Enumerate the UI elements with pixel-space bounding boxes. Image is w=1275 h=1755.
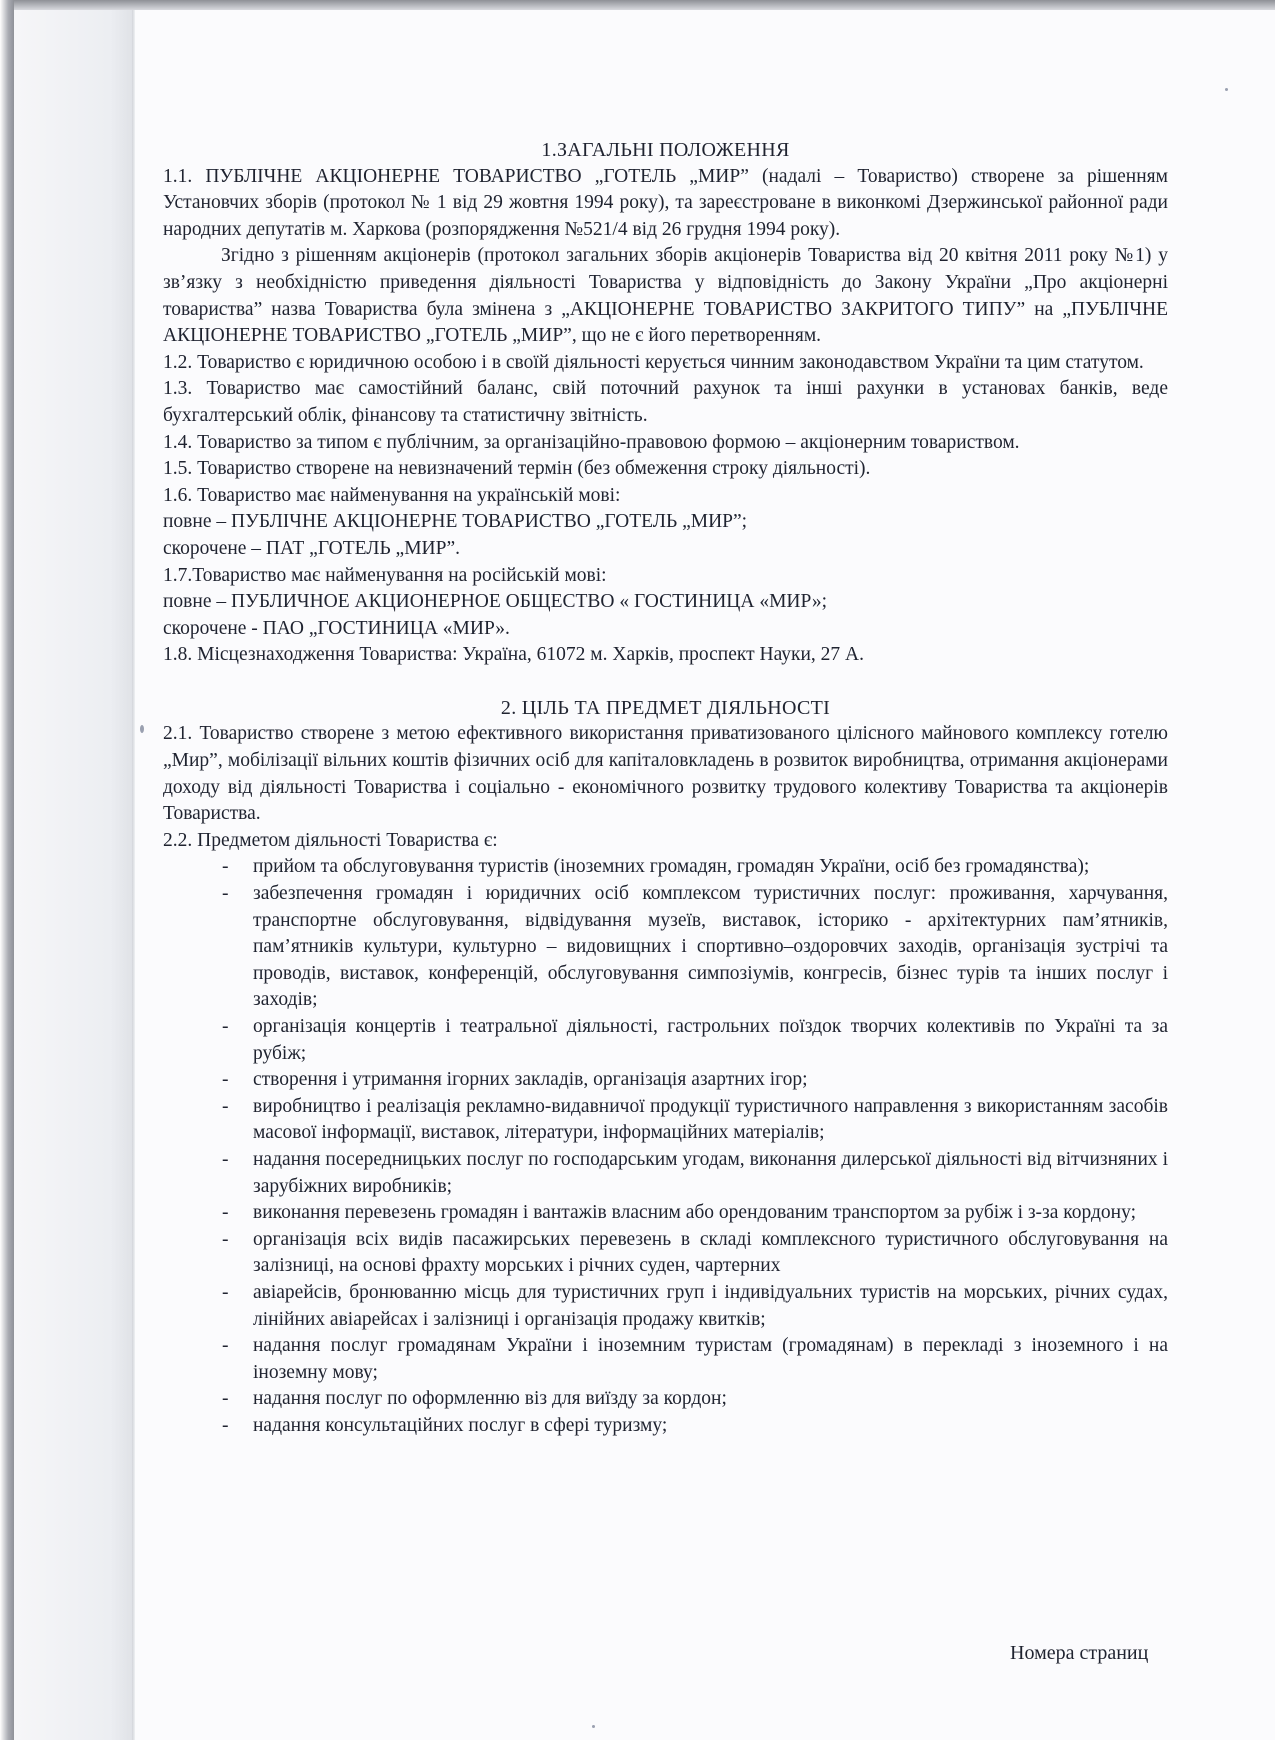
clause-2-1: 2.1. Товариство створене з метою ефектив… (163, 721, 1168, 827)
list-item: -надання послуг громадянам України і іно… (163, 1333, 1168, 1386)
page-fold-strip (14, 10, 134, 1740)
dash-bullet-icon: - (222, 1227, 229, 1254)
scanned-page: 1.ЗАГАЛЬНІ ПОЛОЖЕННЯ 1.1. ПУБЛІЧНЕ АКЦІО… (0, 0, 1275, 1755)
clause-1-7-full-name: повне – ПУБЛИЧНОЕ АКЦИОНЕРНОЕ ОБЩЕСТВО «… (163, 589, 1168, 616)
dash-bullet-icon: - (222, 1280, 229, 1307)
dash-bullet-icon: - (222, 1386, 229, 1413)
list-item: -прийом та обслуговування туристів (іноз… (163, 854, 1168, 881)
clause-1-1-rename: Згідно з рішенням акціонерів (протокол з… (163, 243, 1168, 349)
dash-bullet-icon: - (222, 1094, 229, 1121)
list-item: -організація концертів і театральної дія… (163, 1014, 1168, 1067)
clause-1-3: 1.3. Товариство має самостійний баланс, … (163, 376, 1168, 429)
list-item: -забезпечення громадян і юридичних осіб … (163, 881, 1168, 1014)
clause-1-6-full-name: повне – ПУБЛІЧНЕ АКЦІОНЕРНЕ ТОВАРИСТВО „… (163, 509, 1168, 536)
clause-1-4: 1.4. Товариство за типом є публічним, за… (163, 430, 1168, 457)
list-item: -виконання перевезень громадян і вантажі… (163, 1200, 1168, 1227)
activity-list: -прийом та обслуговування туристів (іноз… (163, 854, 1168, 1439)
list-item: -організація всіх видів пасажирських пер… (163, 1227, 1168, 1280)
dash-bullet-icon: - (222, 1067, 229, 1094)
list-item: -надання посередницьких послуг по господ… (163, 1147, 1168, 1200)
clause-2-2: 2.2. Предметом діяльності Товариства є: (163, 828, 1168, 855)
clause-1-7: 1.7.Товариство має найменування на росій… (163, 563, 1168, 590)
list-item: -виробництво і реалізація рекламно-видав… (163, 1094, 1168, 1147)
clause-1-8: 1.8. Місцезнаходження Товариства: Україн… (163, 642, 1168, 669)
clause-1-7-short-name: скорочене - ПАО „ГОСТИНИЦА «МИР». (163, 616, 1168, 643)
clause-1-5: 1.5. Товариство створене на невизначений… (163, 456, 1168, 483)
dash-bullet-icon: - (222, 1147, 229, 1174)
dash-bullet-icon: - (222, 1413, 229, 1440)
scan-speck (592, 1725, 595, 1728)
scan-left-shadow (0, 0, 14, 1740)
staple-mark (140, 725, 144, 733)
page-number-label: Номера страниц (1010, 1642, 1148, 1665)
dash-bullet-icon: - (222, 854, 229, 881)
section-2-heading: 2. ЦІЛЬ ТА ПРЕДМЕТ ДІЯЛЬНОСТІ (163, 695, 1168, 722)
document-body: 1.ЗАГАЛЬНІ ПОЛОЖЕННЯ 1.1. ПУБЛІЧНЕ АКЦІО… (163, 137, 1168, 1440)
clause-1-2: 1.2. Товариство є юридичною особою і в с… (163, 350, 1168, 377)
dash-bullet-icon: - (222, 1333, 229, 1360)
dash-bullet-icon: - (222, 881, 229, 908)
dash-bullet-icon: - (222, 1200, 229, 1227)
list-item: -надання консультаційних послуг в сфері … (163, 1413, 1168, 1440)
clause-1-6-short-name: скорочене – ПАТ „ГОТЕЛЬ „МИР”. (163, 536, 1168, 563)
clause-1-6: 1.6. Товариство має найменування на укра… (163, 483, 1168, 510)
list-item: -створення і утримання ігорних закладів,… (163, 1067, 1168, 1094)
dash-bullet-icon: - (222, 1014, 229, 1041)
list-item: -надання послуг по оформленню віз для ви… (163, 1386, 1168, 1413)
section-1-heading: 1.ЗАГАЛЬНІ ПОЛОЖЕННЯ (163, 137, 1168, 164)
page-fold-line (132, 10, 135, 1740)
scan-bottom-margin (0, 1740, 1275, 1755)
scan-speck (1225, 88, 1228, 91)
clause-1-1: 1.1. ПУБЛІЧНЕ АКЦІОНЕРНЕ ТОВАРИСТВО „ГОТ… (163, 164, 1168, 244)
list-item: -авіарейсів, бронюванню місць для турист… (163, 1280, 1168, 1333)
scan-top-shadow (12, 0, 1275, 10)
